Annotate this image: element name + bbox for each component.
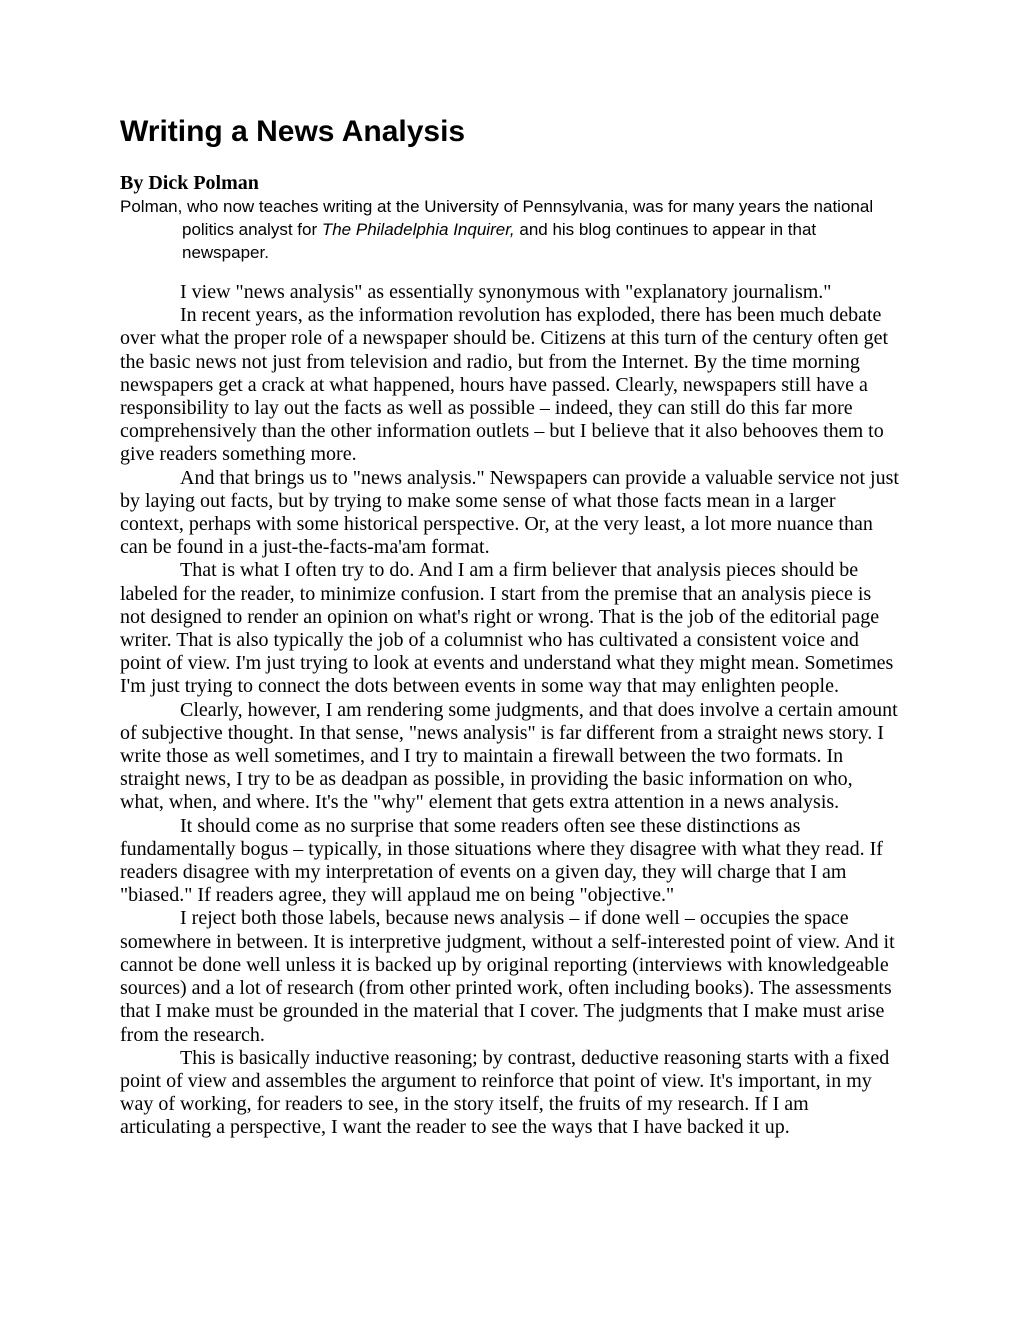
paragraph-2: In recent years, as the information revo…: [120, 304, 900, 466]
paragraph-1: I view "news analysis" as essentially sy…: [120, 281, 900, 304]
paragraph-8: This is basically inductive reasoning; b…: [120, 1047, 900, 1140]
article-body: I view "news analysis" as essentially sy…: [120, 281, 900, 1140]
paragraph-5: Clearly, however, I am rendering some ju…: [120, 699, 900, 815]
paragraph-3: And that brings us to "news analysis." N…: [120, 467, 900, 560]
byline: By Dick Polman: [120, 172, 900, 195]
document-title: Writing a News Analysis: [120, 112, 900, 152]
document-page: Writing a News Analysis By Dick Polman P…: [0, 0, 1020, 1320]
paragraph-4: That is what I often try to do. And I am…: [120, 559, 900, 698]
byline-note: Polman, who now teaches writing at the U…: [120, 195, 900, 264]
paragraph-7: I reject both those labels, because news…: [120, 907, 900, 1046]
paragraph-6: It should come as no surprise that some …: [120, 815, 900, 908]
byline-note-publication-name: The Philadelphia Inquirer,: [322, 220, 515, 239]
